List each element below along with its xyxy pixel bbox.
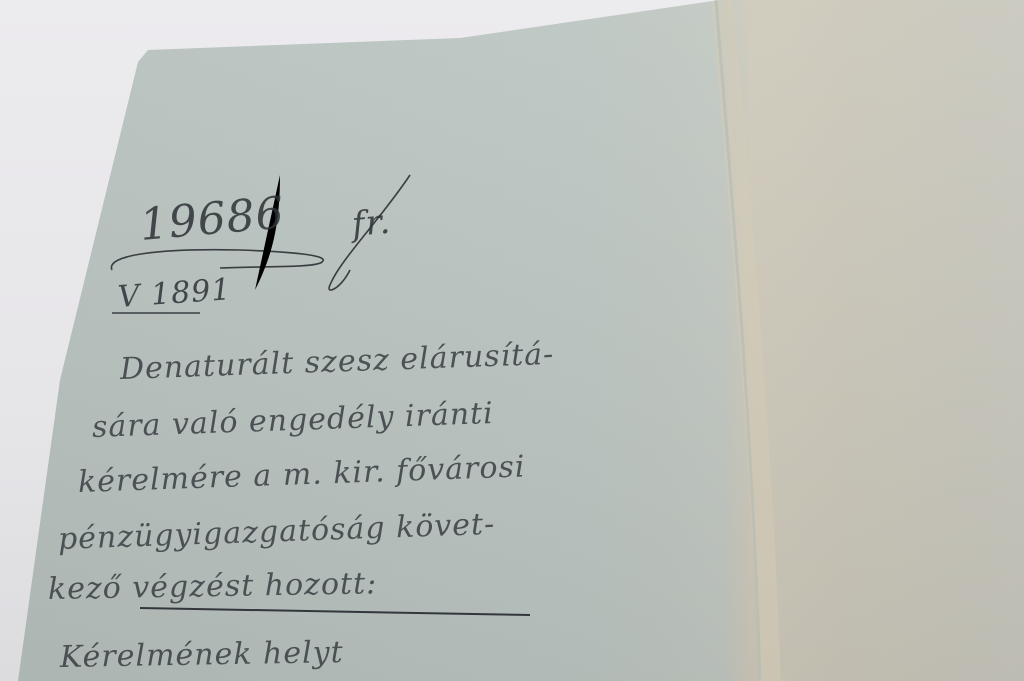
reference-suffix: fr. [350,202,392,245]
document-photo: · · · · · · · · · · · · · · 19686 fr. V … [0,0,1024,681]
faint-printed-header: · · · · · · · · [205,100,287,113]
text-line-5-underlined: kező végzést hozott: [48,566,378,607]
text-line-6: Kérelmének helyt [60,635,344,675]
faint-printed-subheader: · · · · · · [230,140,290,153]
